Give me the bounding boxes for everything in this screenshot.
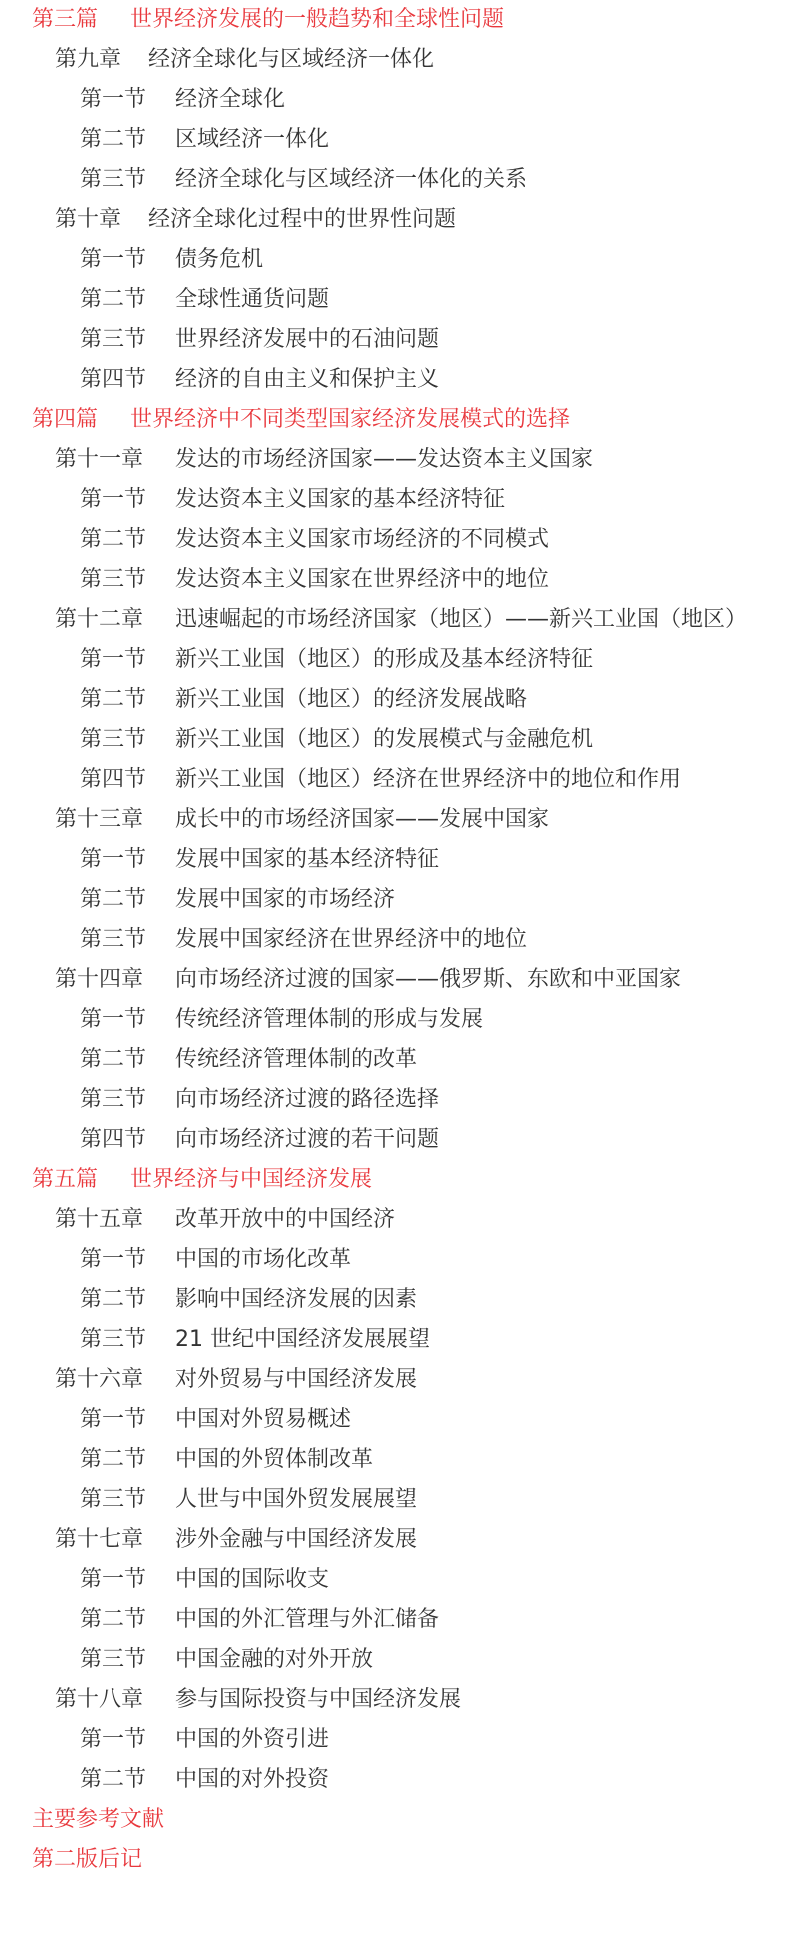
section-title: 影响中国经济发展的因素 <box>175 1280 417 1320</box>
toc-section[interactable]: 第三节 发展中国家经济在世界经济中的地位 <box>0 920 790 960</box>
chapter-label: 第十五章 <box>55 1200 143 1240</box>
section-label: 第二节 <box>80 1440 146 1480</box>
toc-chapter-13[interactable]: 第十三章 成长中的市场经济国家——发展中国家 <box>0 800 790 840</box>
toc-chapter-15[interactable]: 第十五章 改革开放中的中国经济 <box>0 1200 790 1240</box>
part-label: 第四篇 <box>32 400 98 440</box>
toc-section[interactable]: 第四节 经济的自由主义和保护主义 <box>0 360 790 400</box>
toc-chapter-16[interactable]: 第十六章 对外贸易与中国经济发展 <box>0 1360 790 1400</box>
chapter-label: 第十一章 <box>55 440 143 480</box>
section-title: 经济全球化 <box>175 80 285 120</box>
table-of-contents: 第三篇 世界经济发展的一般趋势和全球性问题 第九章 经济全球化与区域经济一体化 … <box>0 0 790 1880</box>
section-title: 新兴工业国（地区）的发展模式与金融危机 <box>175 720 593 760</box>
toc-chapter-9[interactable]: 第九章 经济全球化与区域经济一体化 <box>0 40 790 80</box>
toc-section[interactable]: 第一节 发达资本主义国家的基本经济特征 <box>0 480 790 520</box>
toc-part-5[interactable]: 第五篇 世界经济与中国经济发展 <box>0 1160 790 1200</box>
toc-section[interactable]: 第一节 中国的市场化改革 <box>0 1240 790 1280</box>
section-title: 传统经济管理体制的改革 <box>175 1040 417 1080</box>
toc-section[interactable]: 第三节 经济全球化与区域经济一体化的关系 <box>0 160 790 200</box>
toc-section[interactable]: 第二节 全球性通货问题 <box>0 280 790 320</box>
section-label: 第二节 <box>80 280 146 320</box>
toc-section[interactable]: 第二节 影响中国经济发展的因素 <box>0 1280 790 1320</box>
toc-section[interactable]: 第三节 21 世纪中国经济发展展望 <box>0 1320 790 1360</box>
chapter-label: 第十八章 <box>55 1680 143 1720</box>
chapter-label: 第十四章 <box>55 960 143 1000</box>
section-title: 新兴工业国（地区）的经济发展战略 <box>175 680 527 720</box>
toc-chapter-18[interactable]: 第十八章 参与国际投资与中国经济发展 <box>0 1680 790 1720</box>
chapter-title: 参与国际投资与中国经济发展 <box>175 1680 461 1720</box>
toc-section[interactable]: 第二节 发达资本主义国家市场经济的不同模式 <box>0 520 790 560</box>
toc-part-3[interactable]: 第三篇 世界经济发展的一般趋势和全球性问题 <box>0 0 790 40</box>
toc-section[interactable]: 第一节 中国的国际收支 <box>0 1560 790 1600</box>
chapter-title: 发达的市场经济国家——发达资本主义国家 <box>175 440 593 480</box>
chapter-label: 第十二章 <box>55 600 143 640</box>
section-title: 传统经济管理体制的形成与发展 <box>175 1000 483 1040</box>
chapter-title: 经济全球化过程中的世界性问题 <box>148 200 456 240</box>
section-title: 经济全球化与区域经济一体化的关系 <box>175 160 527 200</box>
section-label: 第二节 <box>80 680 146 720</box>
toc-chapter-17[interactable]: 第十七章 涉外金融与中国经济发展 <box>0 1520 790 1560</box>
section-label: 第二节 <box>80 120 146 160</box>
toc-part-4[interactable]: 第四篇 世界经济中不同类型国家经济发展模式的选择 <box>0 400 790 440</box>
toc-section[interactable]: 第四节 向市场经济过渡的若干问题 <box>0 1120 790 1160</box>
section-label: 第四节 <box>80 360 146 400</box>
section-title: 发达资本主义国家的基本经济特征 <box>175 480 505 520</box>
section-title: 向市场经济过渡的路径选择 <box>175 1080 439 1120</box>
toc-chapter-12[interactable]: 第十二章 迅速崛起的市场经济国家（地区）——新兴工业国（地区） <box>0 600 790 640</box>
section-title: 中国金融的对外开放 <box>175 1640 373 1680</box>
part-title: 世界经济发展的一般趋势和全球性问题 <box>130 0 504 40</box>
toc-section[interactable]: 第三节 发达资本主义国家在世界经济中的地位 <box>0 560 790 600</box>
section-label: 第二节 <box>80 880 146 920</box>
toc-section[interactable]: 第三节 世界经济发展中的石油问题 <box>0 320 790 360</box>
chapter-label: 第十三章 <box>55 800 143 840</box>
section-label: 第二节 <box>80 1760 146 1800</box>
section-title: 发展中国家经济在世界经济中的地位 <box>175 920 527 960</box>
toc-section[interactable]: 第一节 新兴工业国（地区）的形成及基本经济特征 <box>0 640 790 680</box>
toc-section[interactable]: 第二节 中国的外汇管理与外汇储备 <box>0 1600 790 1640</box>
toc-section[interactable]: 第三节 新兴工业国（地区）的发展模式与金融危机 <box>0 720 790 760</box>
chapter-title: 向市场经济过渡的国家——俄罗斯、东欧和中亚国家 <box>175 960 681 1000</box>
toc-section[interactable]: 第一节 经济全球化 <box>0 80 790 120</box>
toc-section[interactable]: 第三节 向市场经济过渡的路径选择 <box>0 1080 790 1120</box>
section-title: 经济的自由主义和保护主义 <box>175 360 439 400</box>
section-title: 区域经济一体化 <box>175 120 329 160</box>
section-title: 21 世纪中国经济发展展望 <box>175 1320 430 1360</box>
section-title: 向市场经济过渡的若干问题 <box>175 1120 439 1160</box>
part-label: 第五篇 <box>32 1160 98 1200</box>
toc-section[interactable]: 第一节 发展中国家的基本经济特征 <box>0 840 790 880</box>
section-title: 发达资本主义国家市场经济的不同模式 <box>175 520 549 560</box>
section-label: 第二节 <box>80 1600 146 1640</box>
chapter-title: 经济全球化与区域经济一体化 <box>148 40 434 80</box>
section-label: 第四节 <box>80 1120 146 1160</box>
section-label: 第三节 <box>80 160 146 200</box>
toc-section[interactable]: 第二节 中国的对外投资 <box>0 1760 790 1800</box>
section-title: 全球性通货问题 <box>175 280 329 320</box>
section-label: 第三节 <box>80 1640 146 1680</box>
chapter-title: 改革开放中的中国经济 <box>175 1200 395 1240</box>
section-label: 第三节 <box>80 720 146 760</box>
chapter-label: 第九章 <box>55 40 121 80</box>
section-label: 第三节 <box>80 320 146 360</box>
section-label: 第二节 <box>80 520 146 560</box>
section-title: 发展中国家的市场经济 <box>175 880 395 920</box>
toc-section[interactable]: 第一节 债务危机 <box>0 240 790 280</box>
toc-section[interactable]: 第三节 人世与中国外贸发展展望 <box>0 1480 790 1520</box>
section-label: 第一节 <box>80 1400 146 1440</box>
section-label: 第三节 <box>80 1480 146 1520</box>
chapter-title: 迅速崛起的市场经济国家（地区）——新兴工业国（地区） <box>175 600 747 640</box>
section-label: 第一节 <box>80 1000 146 1040</box>
references-title: 主要参考文献 <box>32 1800 164 1840</box>
toc-section[interactable]: 第二节 区域经济一体化 <box>0 120 790 160</box>
section-label: 第三节 <box>80 560 146 600</box>
toc-section[interactable]: 第二节 新兴工业国（地区）的经济发展战略 <box>0 680 790 720</box>
toc-section[interactable]: 第一节 中国的外资引进 <box>0 1720 790 1760</box>
section-label: 第二节 <box>80 1040 146 1080</box>
section-label: 第四节 <box>80 760 146 800</box>
section-title: 中国的市场化改革 <box>175 1240 351 1280</box>
section-title: 世界经济发展中的石油问题 <box>175 320 439 360</box>
section-title: 中国的外贸体制改革 <box>175 1440 373 1480</box>
toc-section[interactable]: 第四节 新兴工业国（地区）经济在世界经济中的地位和作用 <box>0 760 790 800</box>
part-title: 世界经济与中国经济发展 <box>130 1160 372 1200</box>
section-title: 发展中国家的基本经济特征 <box>175 840 439 880</box>
section-title: 中国的国际收支 <box>175 1560 329 1600</box>
part-label: 第三篇 <box>32 0 98 40</box>
chapter-label: 第十七章 <box>55 1520 143 1560</box>
toc-chapter-11[interactable]: 第十一章 发达的市场经济国家——发达资本主义国家 <box>0 440 790 480</box>
section-label: 第三节 <box>80 1320 146 1360</box>
part-title: 世界经济中不同类型国家经济发展模式的选择 <box>130 400 570 440</box>
toc-section[interactable]: 第二节 中国的外贸体制改革 <box>0 1440 790 1480</box>
toc-chapter-14[interactable]: 第十四章 向市场经济过渡的国家——俄罗斯、东欧和中亚国家 <box>0 960 790 1000</box>
section-label: 第三节 <box>80 920 146 960</box>
toc-chapter-10[interactable]: 第十章 经济全球化过程中的世界性问题 <box>0 200 790 240</box>
section-label: 第一节 <box>80 840 146 880</box>
section-title: 中国对外贸易概述 <box>175 1400 351 1440</box>
section-title: 发达资本主义国家在世界经济中的地位 <box>175 560 549 600</box>
section-label: 第一节 <box>80 480 146 520</box>
chapter-title: 涉外金融与中国经济发展 <box>175 1520 417 1560</box>
section-label: 第一节 <box>80 1720 146 1760</box>
section-label: 第一节 <box>80 1560 146 1600</box>
section-title: 人世与中国外贸发展展望 <box>175 1480 417 1520</box>
section-title: 中国的对外投资 <box>175 1760 329 1800</box>
section-label: 第一节 <box>80 240 146 280</box>
section-title: 新兴工业国（地区）的形成及基本经济特征 <box>175 640 593 680</box>
toc-section[interactable]: 第一节 中国对外贸易概述 <box>0 1400 790 1440</box>
section-title: 债务危机 <box>175 240 263 280</box>
section-title: 新兴工业国（地区）经济在世界经济中的地位和作用 <box>175 760 681 800</box>
section-title: 中国的外资引进 <box>175 1720 329 1760</box>
chapter-label: 第十六章 <box>55 1360 143 1400</box>
section-label: 第一节 <box>80 80 146 120</box>
afterword-title: 第二版后记 <box>32 1840 142 1880</box>
section-label: 第一节 <box>80 640 146 680</box>
toc-afterword[interactable]: 第二版后记 <box>0 1840 790 1880</box>
toc-section[interactable]: 第二节 发展中国家的市场经济 <box>0 880 790 920</box>
section-label: 第二节 <box>80 1280 146 1320</box>
chapter-label: 第十章 <box>55 200 121 240</box>
chapter-title: 对外贸易与中国经济发展 <box>175 1360 417 1400</box>
toc-section[interactable]: 第二节 传统经济管理体制的改革 <box>0 1040 790 1080</box>
section-label: 第三节 <box>80 1080 146 1120</box>
section-title: 中国的外汇管理与外汇储备 <box>175 1600 439 1640</box>
toc-section[interactable]: 第一节 传统经济管理体制的形成与发展 <box>0 1000 790 1040</box>
toc-section[interactable]: 第三节 中国金融的对外开放 <box>0 1640 790 1680</box>
toc-references[interactable]: 主要参考文献 <box>0 1800 790 1840</box>
chapter-title: 成长中的市场经济国家——发展中国家 <box>175 800 549 840</box>
section-label: 第一节 <box>80 1240 146 1280</box>
